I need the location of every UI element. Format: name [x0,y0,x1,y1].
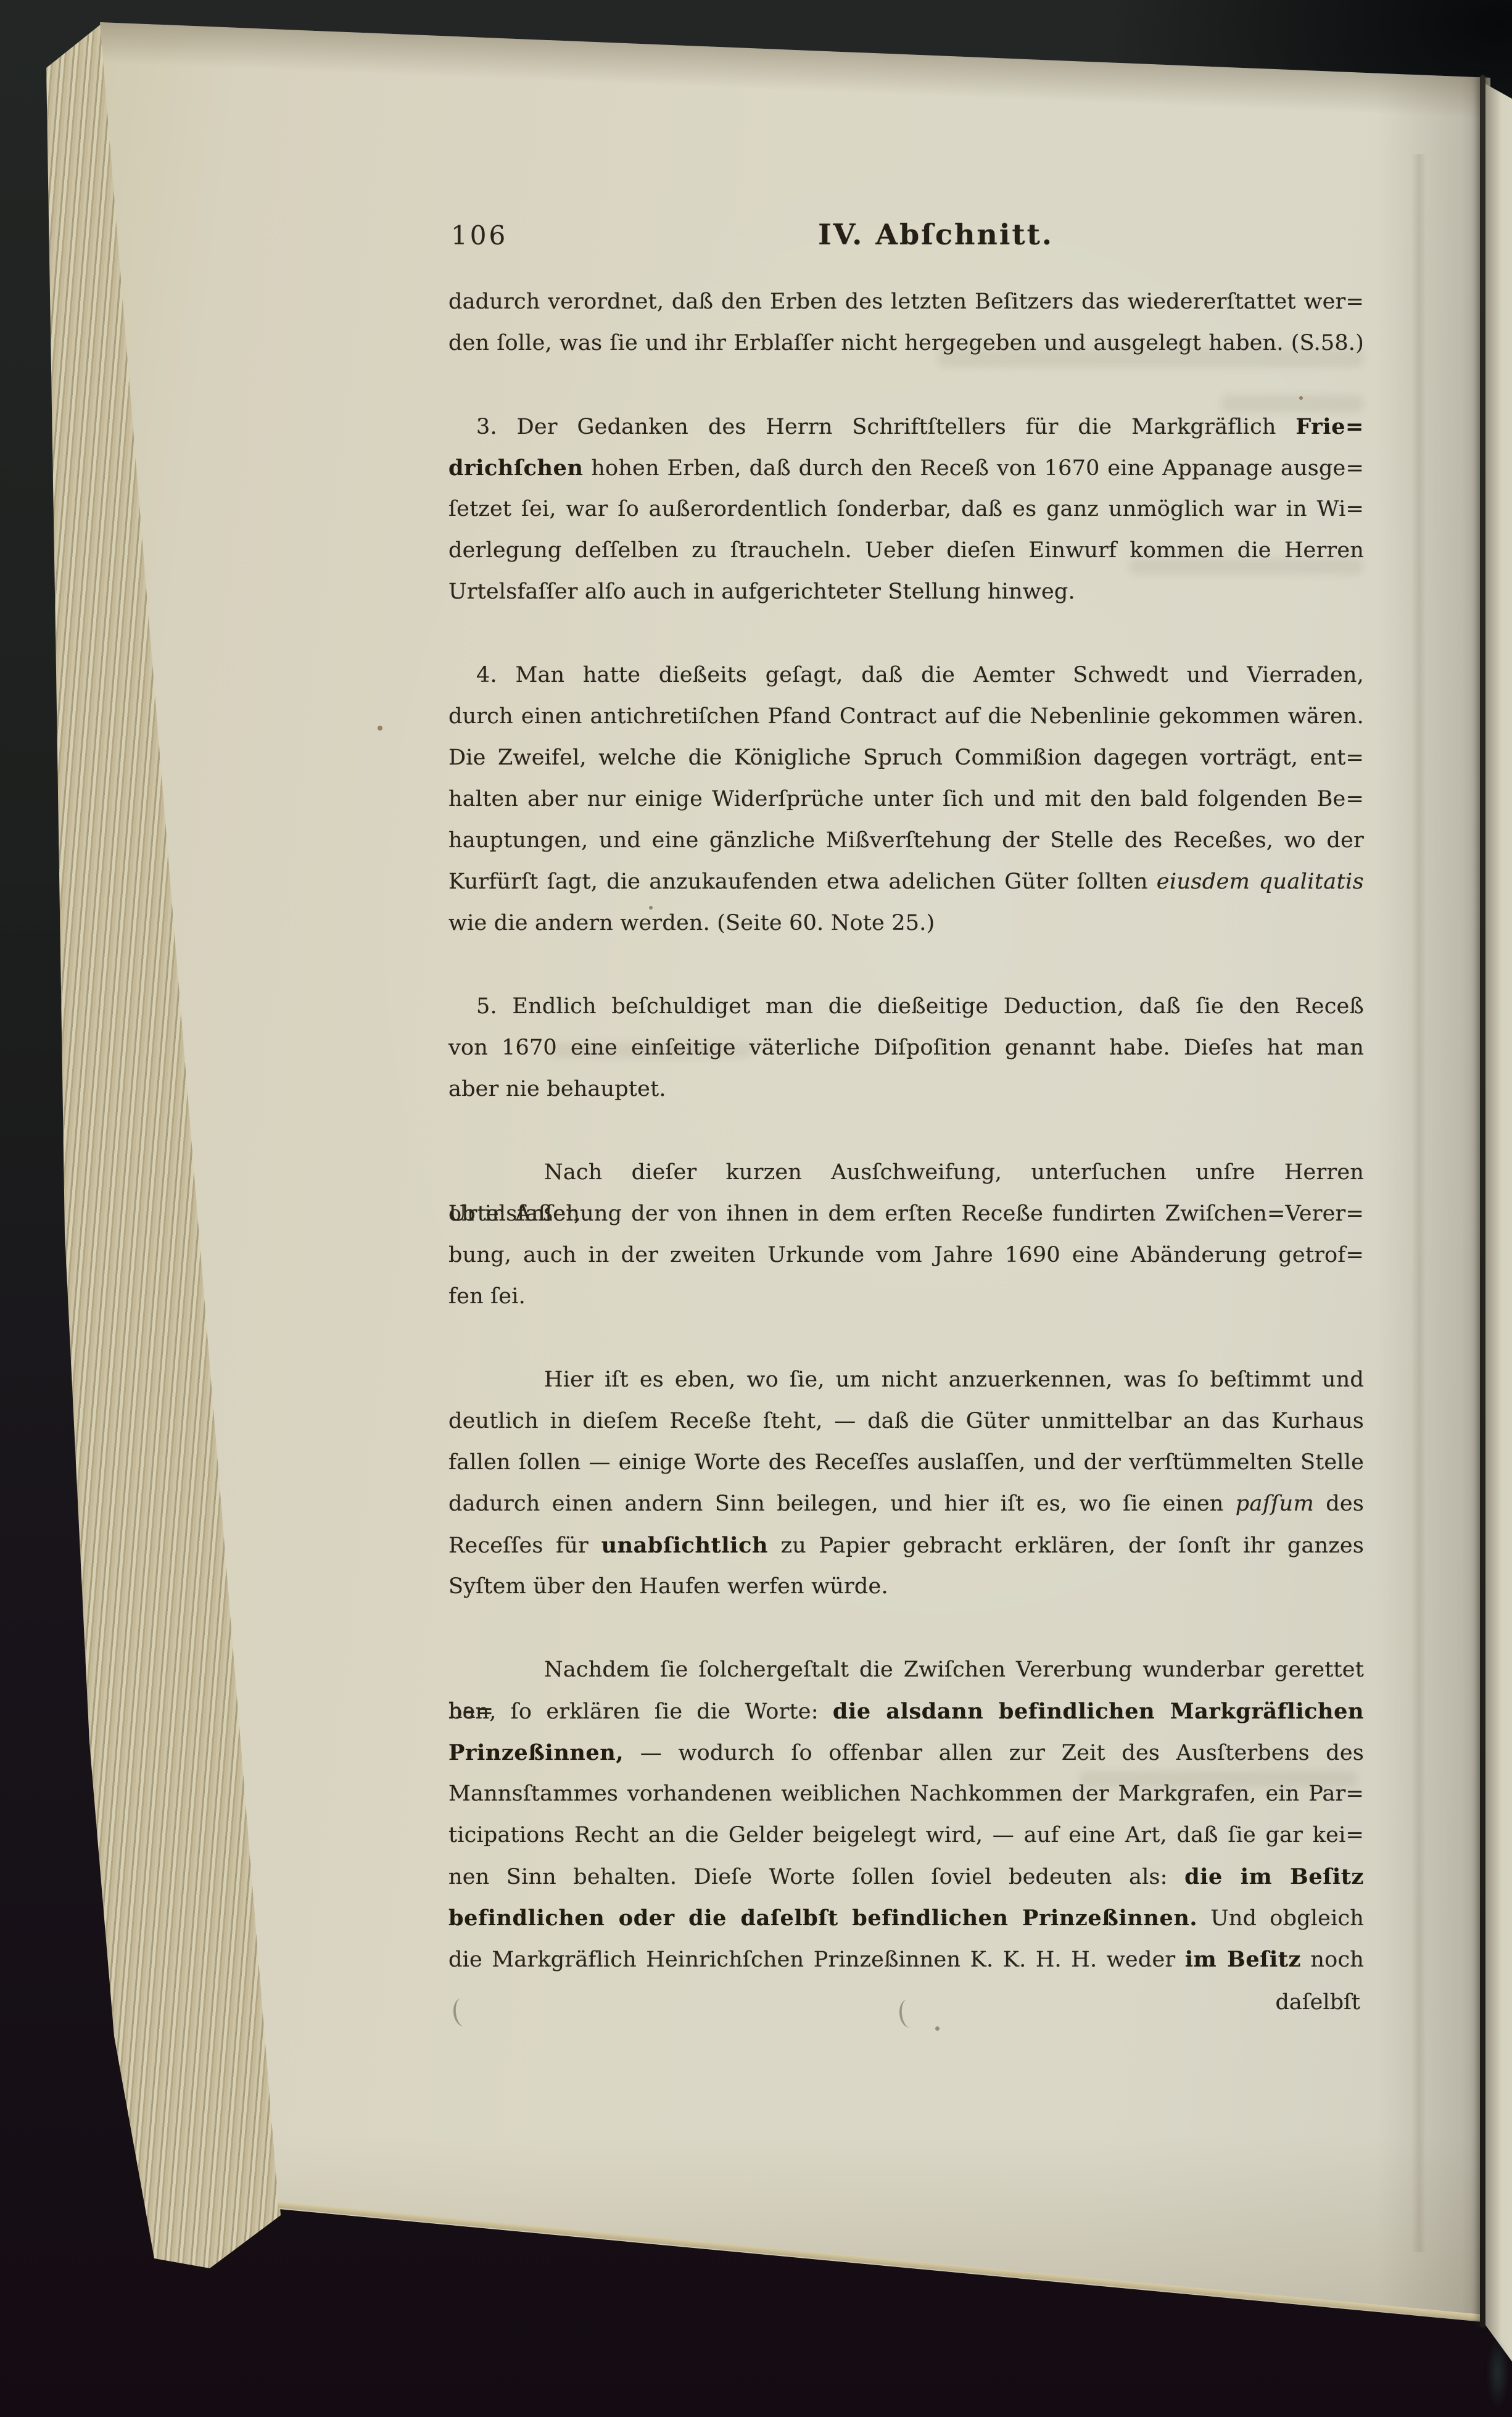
emphasized-text: Frie= [1295,414,1364,439]
body-text: halten aber nur einige Widerſprüche unte… [448,787,1364,811]
text-line: 4. Man hatte dießeits geſagt, daß die Ae… [448,655,1364,696]
body-text: Mannsſtammes vorhandenen weiblichen Nach… [448,1781,1364,1806]
text-line: Urtelsfaſſer alſo auch in aufgerichteter… [448,571,1364,613]
text-line: Nachdem ſie ſolchergeſtalt die Zwiſchen … [448,1649,1364,1691]
page-text: 106 IV. Abſchnitt. dadurch verordnet, da… [448,0,1364,2417]
text-line: befindlichen oder die daſelbſt befindlic… [448,1897,1364,1939]
body-text: des [1314,1491,1364,1516]
body-text: zu Papier gebracht erklären, der ſonſt i… [768,1533,1364,1558]
text-body: dadurch verordnet, daß den Erben des let… [448,281,1364,1980]
paragraph: 4. Man hatte dießeits geſagt, daß die Ae… [448,655,1364,944]
paragraph: Nachdem ſie ſolchergeſtalt die Zwiſchen … [448,1649,1364,1980]
text-line: wie die andern werden. (Seite 60. Note 2… [448,903,1364,944]
paragraph: Hier iſt es eben, wo ſie, um nicht anzue… [448,1359,1364,1607]
text-line: durch einen antichretiſchen Pfand Contra… [448,696,1364,737]
body-text: 4. Man hatte dießeits geſagt, daß die Ae… [476,663,1364,687]
body-text: Receſſes für [448,1533,601,1558]
text-line: ſetzet ſei, war ſo außerordentlich ſonde… [448,489,1364,530]
text-line: Hier iſt es eben, wo ſie, um nicht anzue… [448,1359,1364,1401]
text-line: bung, auch in der zweiten Urkunde vom Ja… [448,1235,1364,1276]
text-line: nen Sinn behalten. Dieſe Worte ſollen ſo… [448,1856,1364,1897]
body-text: 5. Endlich beſchuldiget man die dießeiti… [476,994,1364,1019]
body-text: dadurch verordnet, daß den Erben des let… [448,289,1364,314]
body-text: — wodurch ſo offenbar allen zur Zeit des… [624,1741,1364,1765]
running-title: IV. Abſchnitt. [448,215,1364,254]
body-text: Und obgleich [1197,1906,1364,1931]
text-line: Die Zweifel, welche die Königliche Spruc… [448,737,1364,779]
text-line: fallen ſollen — einige Worte des Receſſe… [448,1442,1364,1483]
text-line: ticipations Recht an die Gelder beigeleg… [448,1815,1364,1856]
text-line: 5. Endlich beſchuldiget man die dießeiti… [448,986,1364,1027]
text-line: von 1670 eine einſeitige väterliche Diſp… [448,1027,1364,1069]
body-text: von 1670 eine einſeitige väterliche Diſp… [448,1035,1364,1060]
text-line: drichſchen hohen Erben, daß durch den Re… [448,447,1364,489]
body-text: derlegung deſſelben zu ſtraucheln. Ueber… [448,538,1364,563]
body-text: durch einen antichretiſchen Pfand Contra… [448,704,1364,729]
text-line: hauptungen, und eine gänzliche Mißverſte… [448,820,1364,861]
body-text: ticipations Recht an die Gelder beigeleg… [448,1823,1364,1847]
body-text: dadurch einen andern Sinn beilegen, und … [448,1491,1236,1516]
text-line: dadurch einen andern Sinn beilegen, und … [448,1483,1364,1525]
paragraph: 3. Der Gedanken des Herrn Schriftſteller… [448,406,1364,613]
emphasized-text: die alsdann befindlichen Markgräflichen [833,1699,1364,1724]
text-line: Kurfürſt ſagt, die anzukaufenden etwa ad… [448,861,1364,903]
paragraph: dadurch verordnet, daß den Erben des let… [448,281,1364,364]
body-text: wie die andern werden. (Seite 60. Note 2… [448,911,935,935]
emphasized-text: die im Beſitz [1184,1864,1364,1889]
body-text: den ſolle, was ſie und ihr Erblaſſer nic… [448,331,1364,355]
body-text: fallen ſollen — einige Worte des Receſſe… [448,1450,1364,1475]
text-line: dadurch verordnet, daß den Erben des let… [448,281,1364,323]
gutter-shadow [1480,75,1485,2328]
body-text: ob in Anſehung der von ihnen in dem erſt… [448,1201,1364,1226]
text-line: Nach dieſer kurzen Ausſchweifung, unterſ… [448,1152,1364,1193]
body-text: hohen Erben, daß durch den Receß von 167… [584,456,1365,481]
body-text: bung, auch in der zweiten Urkunde vom Ja… [448,1243,1364,1267]
paragraph: 5. Endlich beſchuldiget man die dießeiti… [448,986,1364,1110]
text-line: Syſtem über den Haufen werfen würde. [448,1566,1364,1607]
text-line: Mannsſtammes vorhandenen weiblichen Nach… [448,1773,1364,1815]
body-text: deutlich in dieſem Receße ſteht, — daß d… [448,1409,1364,1433]
body-text: Die Zweifel, welche die Königliche Spruc… [448,745,1364,770]
text-line: 3. Der Gedanken des Herrn Schriftſteller… [448,406,1364,447]
text-line: ben, ſo erklären ſie die Worte: die alsd… [448,1691,1364,1732]
body-text: hauptungen, und eine gänzliche Mißverſte… [448,828,1364,853]
body-text: die Markgräflich Heinrichſchen Prinzeßin… [448,1947,1185,1972]
body-text: ſetzet ſei, war ſo außerordentlich ſonde… [448,497,1364,521]
body-text: Syſtem über den Haufen werfen würde. [448,1574,888,1599]
body-text: noch [1301,1947,1364,1972]
text-line: Receſſes für unabſichtlich zu Papier geb… [448,1525,1364,1566]
text-line: ob in Anſehung der von ihnen in dem erſt… [448,1193,1364,1235]
text-line: deutlich in dieſem Receße ſteht, — daß d… [448,1401,1364,1442]
body-text: aber nie behauptet. [448,1077,666,1101]
gutter-smudge [1487,2337,1509,2408]
emphasized-text: unabſichtlich [601,1533,768,1558]
body-text: 3. Der Gedanken des Herrn Schriftſteller… [476,415,1295,439]
body-text: fen ſei. [448,1284,526,1309]
emphasized-text: drichſchen [448,455,584,481]
emphasized-text: befindlichen oder die daſelbſt befindlic… [448,1905,1197,1931]
text-line: den ſolle, was ſie und ihr Erblaſſer nic… [448,323,1364,364]
latin-text: eiusdem qualitatis [1157,869,1364,894]
body-text: Kurfürſt ſagt, die anzukaufenden etwa ad… [448,869,1157,894]
book-photo: 106 IV. Abſchnitt. dadurch verordnet, da… [0,0,1512,2417]
body-text: Urtelsfaſſer alſo auch in aufgerichteter… [448,579,1075,604]
text-line: Prinzeßinnen, — wodurch ſo offenbar alle… [448,1732,1364,1773]
text-line: fen ſei. [448,1276,1364,1317]
text-line: halten aber nur einige Widerſprüche unte… [448,779,1364,820]
text-line: derlegung deſſelben zu ſtraucheln. Ueber… [448,530,1364,571]
latin-text: paſſum [1236,1491,1314,1516]
catchword: daſelbſt [1275,1982,1360,2023]
paragraph: Nach dieſer kurzen Ausſchweifung, unterſ… [448,1152,1364,1317]
emphasized-text: im Beſitz [1185,1947,1301,1972]
body-text: nen Sinn behalten. Dieſe Worte ſollen ſo… [448,1865,1184,1889]
body-text: ben, ſo erklären ſie die Worte: [448,1699,833,1724]
text-line: aber nie behauptet. [448,1069,1364,1110]
emphasized-text: Prinzeßinnen, [448,1740,624,1765]
text-line: die Markgräflich Heinrichſchen Prinzeßin… [448,1939,1364,1980]
body-text: Hier iſt es eben, wo ſie, um nicht anzue… [544,1367,1364,1392]
